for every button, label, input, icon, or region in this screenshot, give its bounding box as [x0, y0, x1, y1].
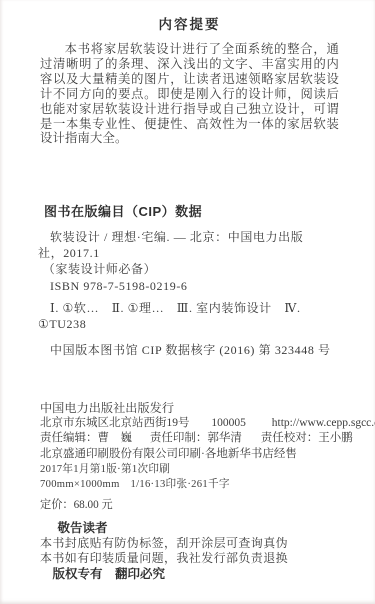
publisher-line: 中国电力出版社出版发行	[40, 400, 340, 416]
cip-isbn: ISBN 978-7-5198-0219-6	[38, 278, 340, 294]
publisher-postcode: 100005	[211, 417, 246, 429]
cip-title-line-2: 社，2017.1	[38, 245, 340, 261]
cip-heading: 图书在版编目（CIP）数据	[38, 201, 340, 220]
price-line: 定价：68.00 元	[40, 498, 340, 513]
cip-record-number: 中国版本图书馆 CIP 数据核字 (2016) 第 323448 号	[38, 342, 340, 358]
notice-antifake-line: 本书封底贴有防伪标签，刮开涂层可查询真伪	[40, 536, 340, 551]
responsible-editor: 责任编辑：曹 巍	[40, 432, 132, 444]
reader-notice-section: 敬告读者 本书封底贴有防伪标签，刮开涂层可查询真伪 本书如有印装质量问题，我社发…	[40, 520, 340, 583]
publisher-address: 北京市东城区北京站西街19号	[40, 417, 190, 429]
publisher-website: http://www.cepp.sgcc.com.cn	[272, 417, 375, 429]
edition-line: 2017年1月第1版·第1次印刷	[40, 462, 340, 477]
publication-colophon-section: 中国电力出版社出版发行 北京市东城区北京站西街19号 100005 http:/…	[40, 400, 340, 514]
content-summary-section: 内容提要 本书将家居软装设计进行了全面系统的整合，通过清晰明了的条理、深入浅出的…	[40, 13, 339, 146]
copyright-statement: 版权专有 翻印必究	[40, 567, 340, 583]
cip-body: 软装设计 / 理想·宅编. — 北京：中国电力出版 社，2017.1 （家装设计…	[38, 229, 340, 358]
cip-title-line-1: 软装设计 / 理想·宅编. — 北京：中国电力出版	[38, 229, 340, 245]
summary-title: 内容提要	[40, 13, 339, 33]
editors-row: 责任编辑：曹 巍 责任印制：郭华清 责任校对：王小鹏	[40, 431, 340, 446]
printer-line: 北京盛通印刷股份有限公司印刷·各地新华书店经售	[40, 447, 340, 462]
format-line: 700mm×1000mm 1/16·13印张·261千字	[40, 477, 340, 492]
print-supervisor: 责任印制：郭华清	[150, 432, 242, 444]
cip-categories-line-1: Ⅰ. ①软… Ⅱ. ①理… Ⅲ. 室内装饰设计 Ⅳ.	[38, 300, 340, 316]
book-copyright-page: 内容提要 本书将家居软装设计进行了全面系统的整合，通过清晰明了的条理、深入浅出的…	[0, 0, 375, 604]
notice-quality-line: 本书如有印装质量问题，我社发行部负责退换	[40, 551, 340, 566]
cip-data-section: 图书在版编目（CIP）数据 软装设计 / 理想·宅编. — 北京：中国电力出版 …	[38, 201, 340, 358]
proofreader: 责任校对：王小鹏	[261, 432, 353, 444]
summary-paragraph: 本书将家居软装设计进行了全面系统的整合，通过清晰明了的条理、深入浅出的文字、丰富…	[40, 42, 339, 146]
notice-heading: 敬告读者	[40, 520, 340, 536]
address-row: 北京市东城区北京站西街19号 100005 http://www.cepp.sg…	[40, 416, 340, 431]
cip-categories-line-2: ①TU238	[38, 316, 340, 332]
cip-series-note: （家装设计师必备）	[38, 261, 340, 277]
